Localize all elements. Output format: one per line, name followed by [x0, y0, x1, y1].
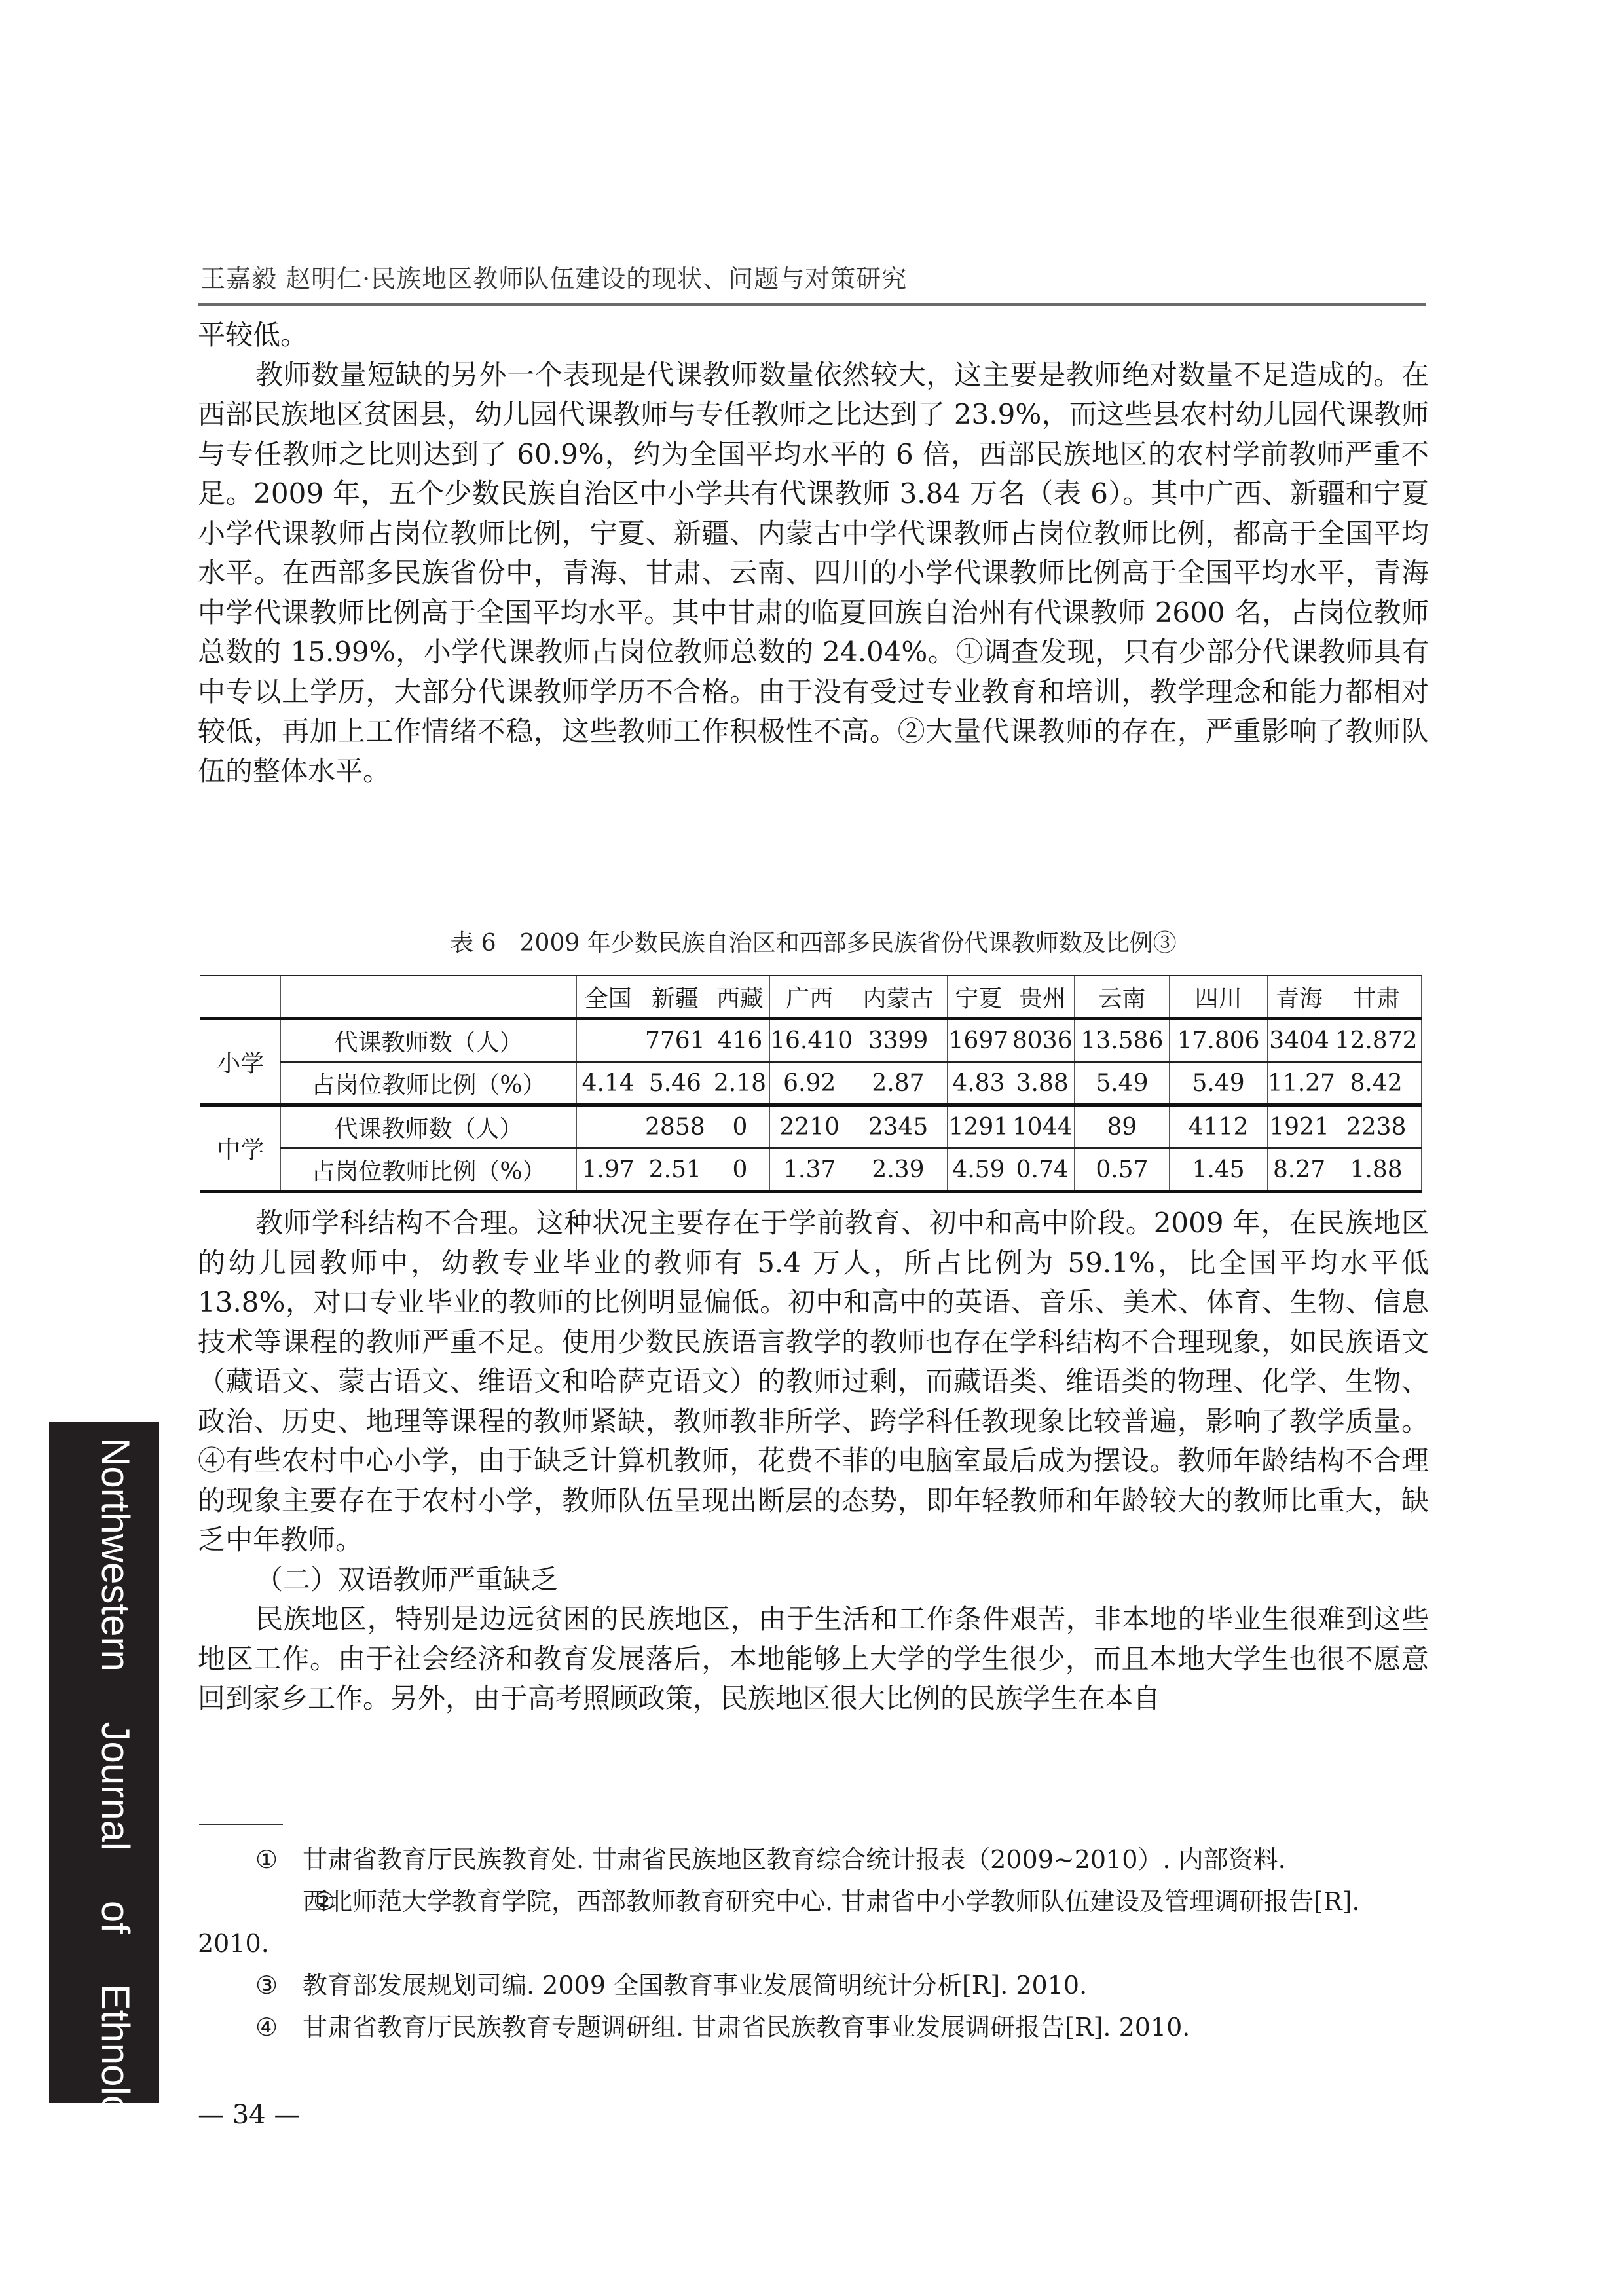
cell: 8.27 — [1267, 1148, 1331, 1192]
cell: 2210 — [770, 1105, 849, 1148]
body-text-top: 平较低。 教师数量短缺的另外一个表现是代课教师数量依然较大，这主要是教师绝对数量… — [198, 316, 1429, 791]
footnotes: ①甘肃省教育厅民族教育处. 甘肃省民族地区教育综合统计报表（2009~2010）… — [198, 1839, 1429, 2048]
cell: 1921 — [1267, 1105, 1331, 1148]
footnote: ②西北师范大学教育学院，西部教师教育研究中心. 甘肃省中小学教师队伍建设及管理调… — [198, 1881, 1429, 1964]
table-row: 占岗位教师比例（%） 1.97 2.51 0 1.37 2.39 4.59 0.… — [200, 1148, 1422, 1192]
column-header: 内蒙古 — [849, 976, 948, 1019]
substitute-teachers-table: 全国 新疆 西藏 广西 内蒙古 宁夏 贵州 云南 四川 青海 甘肃 小学 代课教… — [200, 975, 1422, 1193]
cell: 3399 — [849, 1019, 948, 1062]
cell: 0 — [710, 1148, 769, 1192]
cell: 2238 — [1331, 1105, 1422, 1148]
running-title: 王嘉毅 赵明仁·民族地区教师队伍建设的现状、问题与对策研究 — [200, 259, 907, 295]
footnote: ③教育部发展规划司编. 2009 全国教育事业发展简明统计分析[R]. 2010… — [198, 1964, 1429, 2006]
paragraph: 教师数量短缺的另外一个表现是代课教师数量依然较大，这主要是教师绝对数量不足造成的… — [198, 356, 1429, 792]
cell: 1044 — [1010, 1105, 1075, 1148]
footnote-rule — [199, 1824, 283, 1825]
footnote-mark: ② — [255, 1881, 303, 1922]
cell: 0 — [710, 1105, 769, 1148]
column-header: 全国 — [576, 976, 640, 1019]
column-header: 新疆 — [640, 976, 710, 1019]
cell: 5.46 — [640, 1062, 710, 1105]
cell: 1291 — [947, 1105, 1010, 1148]
cell: 6.92 — [770, 1062, 849, 1105]
footnote-mark: ③ — [255, 1964, 303, 2006]
cell: 13.586 — [1075, 1019, 1170, 1062]
cell: 0.74 — [1010, 1148, 1075, 1192]
group-label: 中学 — [200, 1105, 281, 1192]
cell: 7761 — [640, 1019, 710, 1062]
column-header: 广西 — [770, 976, 849, 1019]
column-header: 贵州 — [1010, 976, 1075, 1019]
row-label: 占岗位教师比例（%） — [281, 1148, 576, 1192]
cell: 4.59 — [947, 1148, 1010, 1192]
column-header: 西藏 — [710, 976, 769, 1019]
cell: 89 — [1075, 1105, 1170, 1148]
column-header: 宁夏 — [947, 976, 1010, 1019]
cell: 0.57 — [1075, 1148, 1170, 1192]
cell: 3.88 — [1010, 1062, 1075, 1105]
cell: 4112 — [1170, 1105, 1268, 1148]
footnote-text: 甘肃省教育厅民族教育处. 甘肃省民族地区教育综合统计报表（2009~2010）.… — [303, 1845, 1286, 1874]
column-header: 青海 — [1267, 976, 1331, 1019]
row-label: 占岗位教师比例（%） — [281, 1062, 576, 1105]
cell: 416 — [710, 1019, 769, 1062]
cell: 2.51 — [640, 1148, 710, 1192]
paragraph: 民族地区，特别是边远贫困的民族地区，由于生活和工作条件艰苦，非本地的毕业生很难到… — [198, 1600, 1429, 1719]
page-number: — 34 — — [198, 2100, 300, 2130]
table-row: 占岗位教师比例（%） 4.14 5.46 2.18 6.92 2.87 4.83… — [200, 1062, 1422, 1105]
footnote: ④甘肃省教育厅民族教育专题调研组. 甘肃省民族教育事业发展调研报告[R]. 20… — [198, 2006, 1429, 2048]
cell: 2.87 — [849, 1062, 948, 1105]
cell: 17.806 — [1170, 1019, 1268, 1062]
cell: 1.88 — [1331, 1148, 1422, 1192]
cell: 1697 — [947, 1019, 1010, 1062]
cell: 3404 — [1267, 1019, 1331, 1062]
cell: 5.49 — [1170, 1062, 1268, 1105]
group-label: 小学 — [200, 1019, 281, 1105]
row-label: 代课教师数（人） — [281, 1019, 576, 1062]
cell: 1.37 — [770, 1148, 849, 1192]
column-header: 甘肃 — [1331, 976, 1422, 1019]
section-heading: （二）双语教师严重缺乏 — [198, 1560, 1429, 1600]
footnote-text: 教育部发展规划司编. 2009 全国教育事业发展简明统计分析[R]. 2010. — [303, 1971, 1087, 2000]
row-label: 代课教师数（人） — [281, 1105, 576, 1148]
cell: 2345 — [849, 1105, 948, 1148]
cell: 2.18 — [710, 1062, 769, 1105]
table-header-row: 全国 新疆 西藏 广西 内蒙古 宁夏 贵州 云南 四川 青海 甘肃 — [200, 976, 1422, 1019]
journal-sidebar: Northwestern Journal of Ethnolcgy — [49, 1422, 159, 2103]
footnote-mark: ① — [255, 1839, 303, 1881]
cell: 1.97 — [576, 1148, 640, 1192]
cell: 4.14 — [576, 1062, 640, 1105]
column-header: 云南 — [1075, 976, 1170, 1019]
column-header: 四川 — [1170, 976, 1268, 1019]
table-row: 小学 代课教师数（人） 7761 416 16.410 3399 1697 80… — [200, 1019, 1422, 1062]
cell — [576, 1019, 640, 1062]
table-caption: 表 6 2009 年少数民族自治区和西部多民族省份代课教师数及比例③ — [198, 925, 1429, 958]
cell: 16.410 — [770, 1019, 849, 1062]
cell: 12.872 — [1331, 1019, 1422, 1062]
table-row: 中学 代课教师数（人） 2858 0 2210 2345 1291 1044 8… — [200, 1105, 1422, 1148]
corner-cell — [200, 976, 281, 1019]
footnote: ①甘肃省教育厅民族教育处. 甘肃省民族地区教育综合统计报表（2009~2010）… — [198, 1839, 1429, 1881]
paragraph: 平较低。 — [198, 316, 1429, 356]
cell: 4.83 — [947, 1062, 1010, 1105]
cell: 5.49 — [1075, 1062, 1170, 1105]
cell: 2.39 — [849, 1148, 948, 1192]
paragraph: 教师学科结构不合理。这种状况主要存在于学前教育、初中和高中阶段。2009 年，在… — [198, 1203, 1429, 1560]
cell: 2858 — [640, 1105, 710, 1148]
footnote-text: 甘肃省教育厅民族教育专题调研组. 甘肃省民族教育事业发展调研报告[R]. 201… — [303, 2013, 1190, 2042]
header-rule — [198, 303, 1426, 306]
footnote-mark: ④ — [255, 2006, 303, 2048]
footnote-text: 西北师范大学教育学院，西部教师教育研究中心. 甘肃省中小学教师队伍建设及管理调研… — [198, 1887, 1360, 1958]
cell: 8.42 — [1331, 1062, 1422, 1105]
cell: 11.27 — [1267, 1062, 1331, 1105]
journal-name: Northwestern Journal of Ethnolcgy — [93, 1438, 138, 2156]
corner-cell — [281, 976, 576, 1019]
cell — [576, 1105, 640, 1148]
cell: 1.45 — [1170, 1148, 1268, 1192]
body-text-bottom: 教师学科结构不合理。这种状况主要存在于学前教育、初中和高中阶段。2009 年，在… — [198, 1203, 1429, 1719]
cell: 8036 — [1010, 1019, 1075, 1062]
